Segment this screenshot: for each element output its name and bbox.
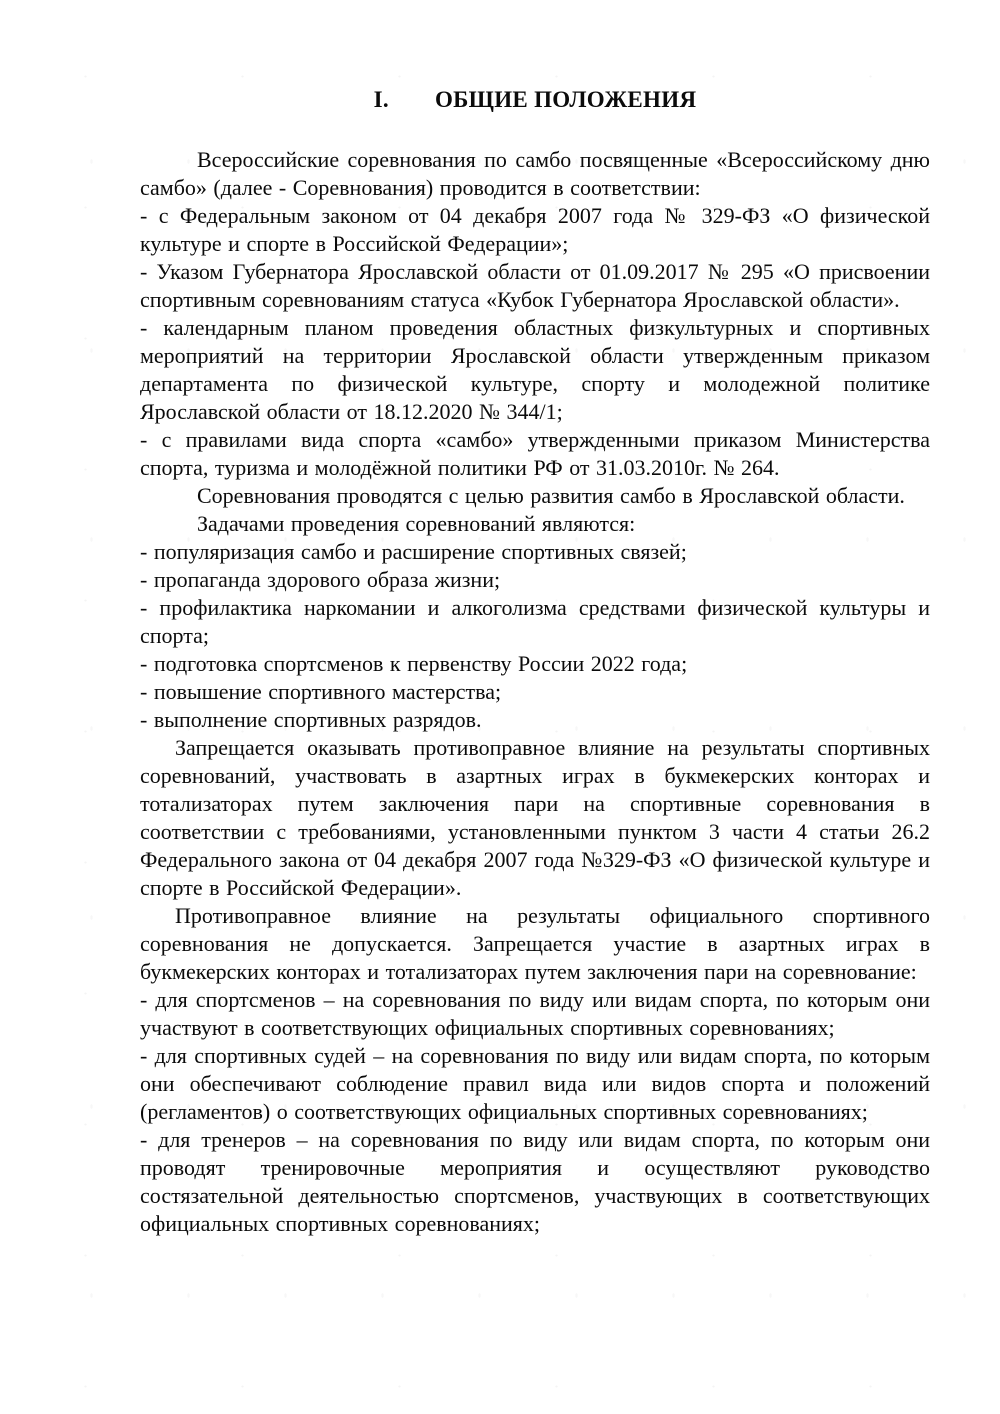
section-heading: I.ОБЩИЕ ПОЛОЖЕНИЯ [140,86,930,114]
list-item-prevention: - профилактика наркомании и алкоголизма … [140,594,930,650]
list-item-federal-law: - с Федеральным законом от 04 декабря 20… [140,202,930,258]
section-heading-number: I. [374,87,389,112]
list-item-athletes: - для спортсменов – на соревнования по в… [140,986,930,1042]
paragraph-goal: Соревнования проводятся с целью развития… [140,482,930,510]
paragraph-influence-ban: Противоправное влияние на результаты офи… [140,902,930,986]
list-item-sambo-rules: - с правилами вида спорта «самбо» утверж… [140,426,930,482]
list-item-calendar-plan: - календарным планом проведения областны… [140,314,930,426]
list-item-governor-decree: - Указом Губернатора Ярославской области… [140,258,930,314]
document-page: I.ОБЩИЕ ПОЛОЖЕНИЯ Всероссийские соревнов… [0,0,1000,1414]
list-item-judges: - для спортивных судей – на соревнования… [140,1042,930,1126]
list-item-healthy-life: - пропаганда здорового образа жизни; [140,566,930,594]
paragraph-intro: Всероссийские соревнования по самбо посв… [140,146,930,202]
list-item-ranks: - выполнение спортивных разрядов. [140,706,930,734]
paragraph-prohibition: Запрещается оказывать противоправное вли… [140,734,930,902]
list-item-mastery: - повышение спортивного мастерства; [140,678,930,706]
section-heading-text: ОБЩИЕ ПОЛОЖЕНИЯ [435,87,696,112]
list-item-preparation: - подготовка спортсменов к первенству Ро… [140,650,930,678]
paragraph-tasks-intro: Задачами проведения соревнований являютс… [140,510,930,538]
list-item-popularization: - популяризация самбо и расширение спорт… [140,538,930,566]
list-item-coaches: - для тренеров – на соревнования по виду… [140,1126,930,1238]
